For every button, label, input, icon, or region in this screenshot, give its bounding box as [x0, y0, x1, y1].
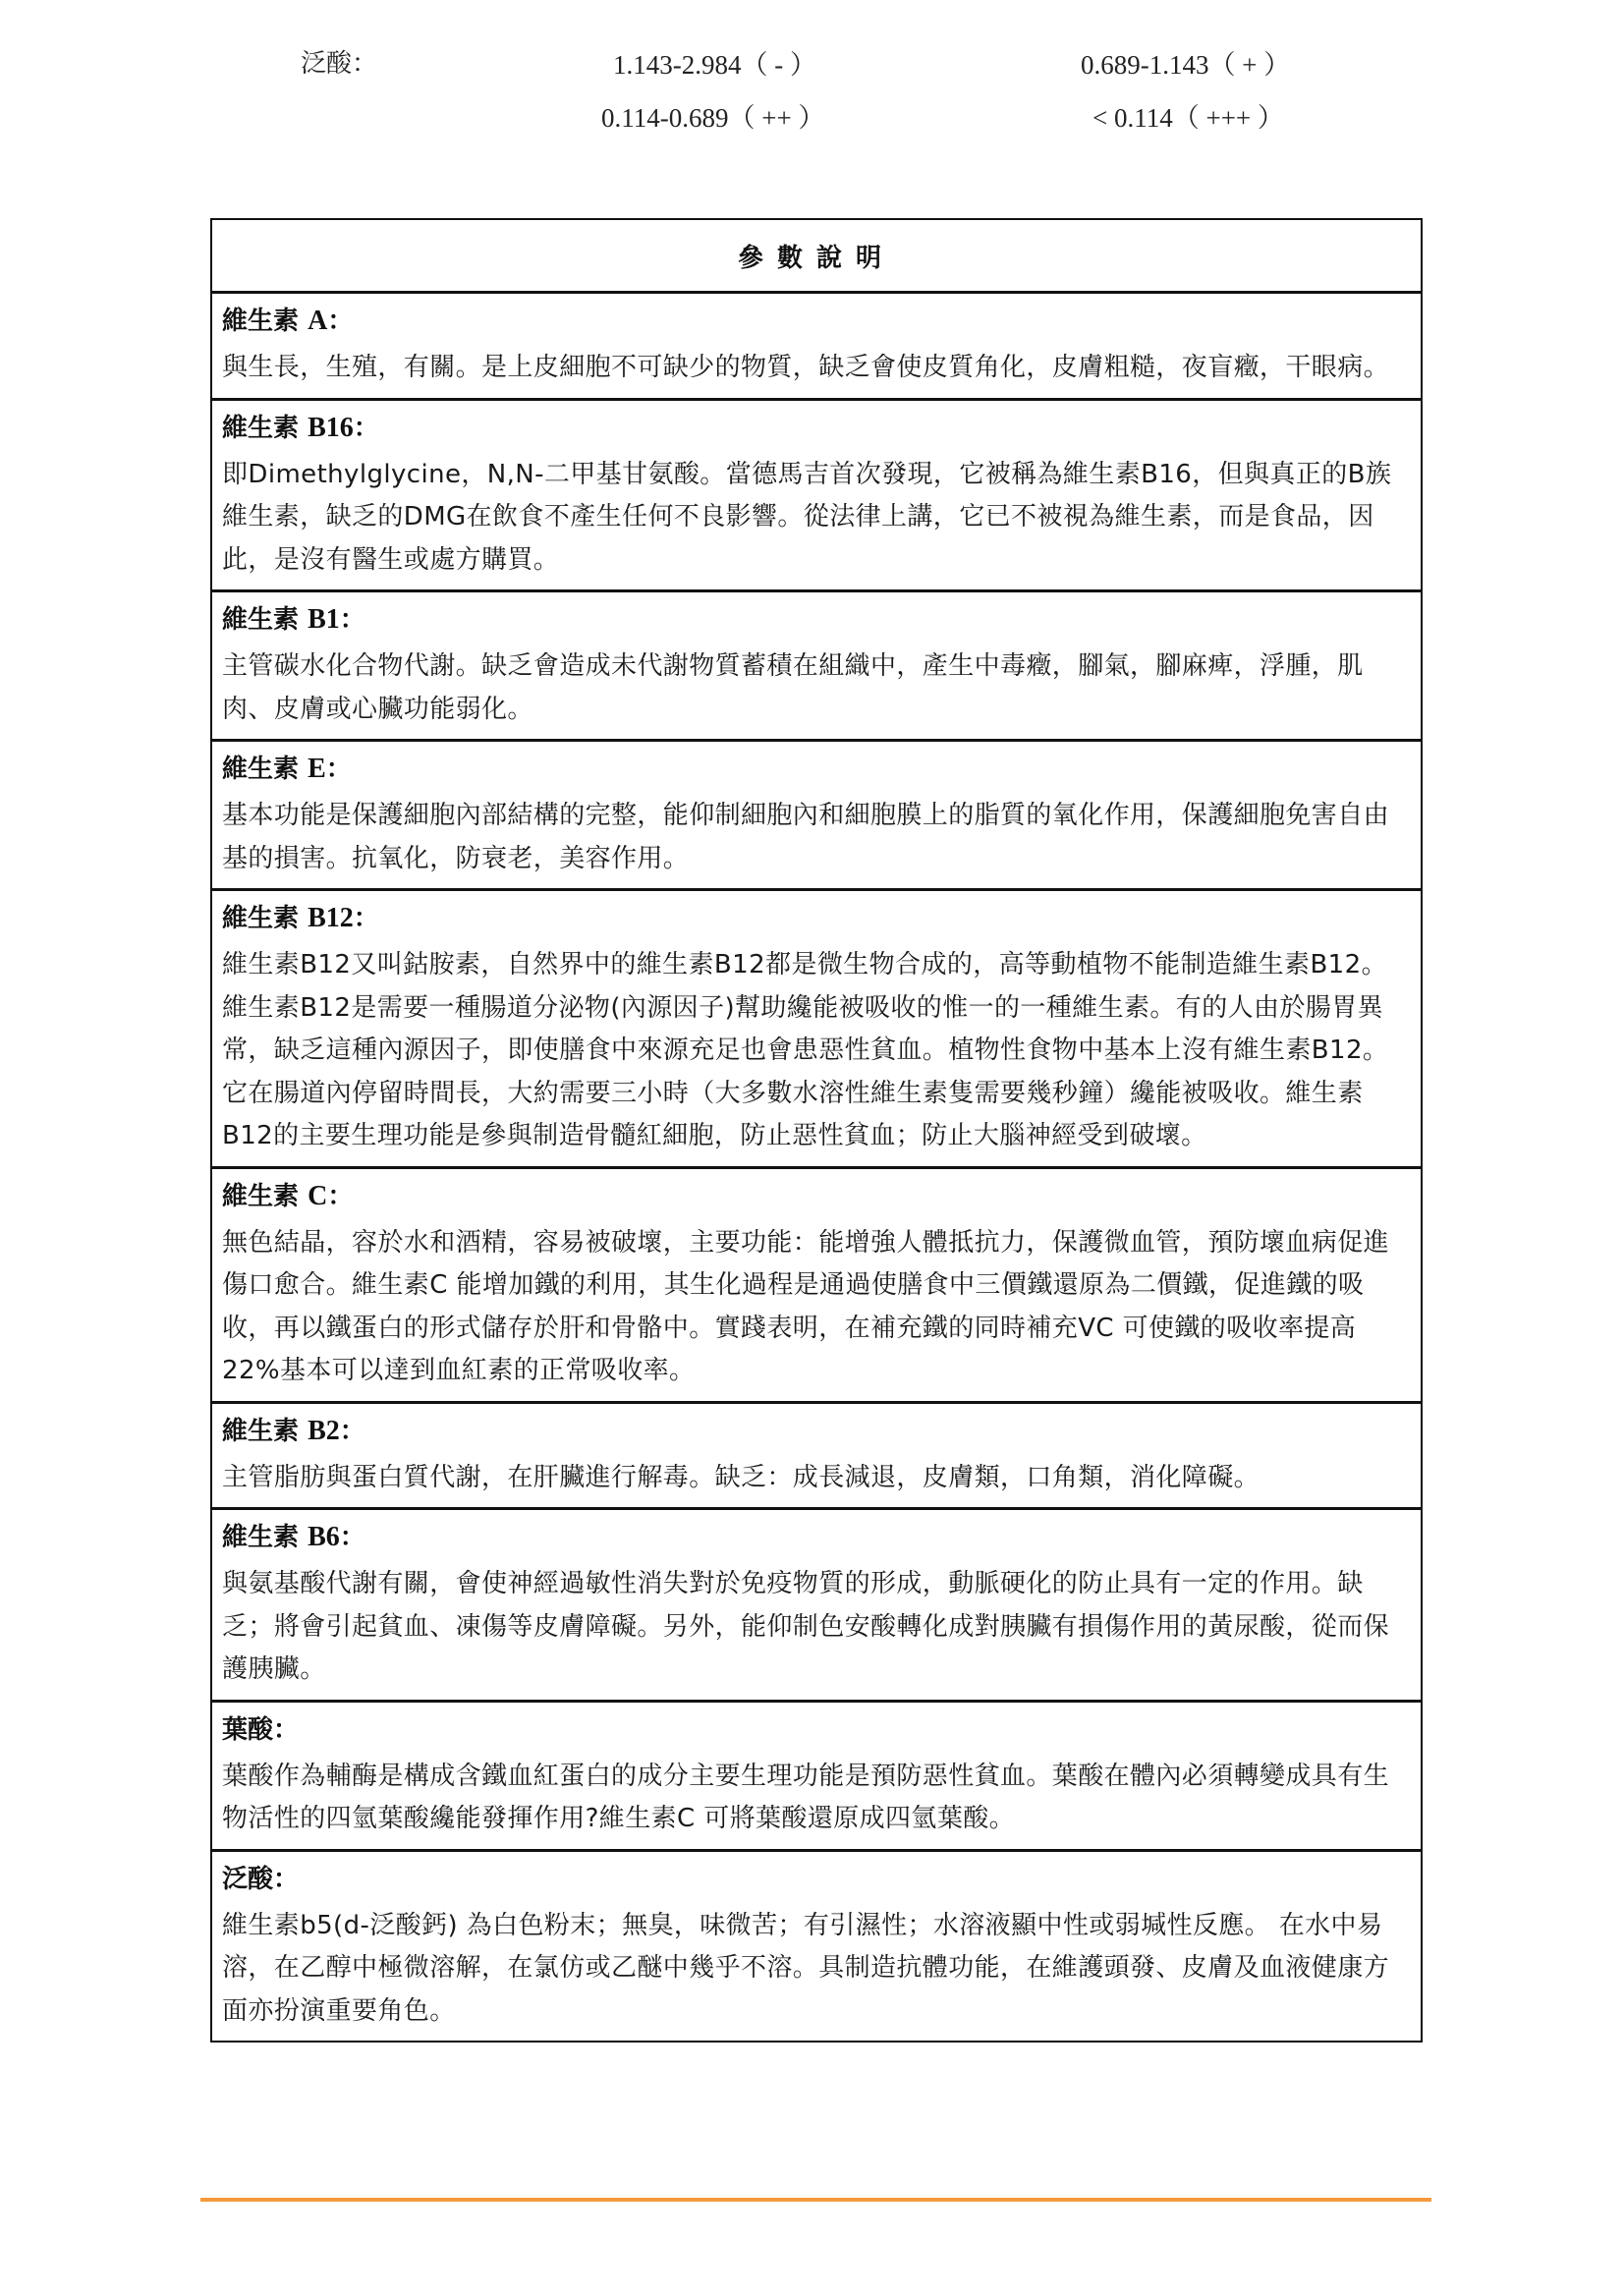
entry-vitamin-b6: 維生素 B6： 與氨基酸代謝有關，會使神經過敏性消失對於免疫物質的形成，動脈硬化… — [212, 1510, 1421, 1703]
title-text: 維生素 — [222, 904, 299, 933]
title-text: 泛酸 — [222, 1865, 273, 1894]
entry-pantothenic-acid: 泛酸： 維生素b5(d-泛酸鈣) 為白色粉末；無臭，味微苦；有引濕性；水溶液顯中… — [212, 1852, 1421, 2042]
reference-label: 泛酸： — [301, 43, 377, 80]
title-colon: ： — [273, 1865, 299, 1894]
entry-body: 與氨基酸代謝有關，會使神經過敏性消失對於免疫物質的形成，動脈硬化的防止具有一定的… — [222, 1563, 1411, 1692]
title-colon: ： — [354, 904, 379, 933]
entry-vitamin-b1: 維生素 B1： 主管碳水化合物代謝。缺乏會造成未代謝物質蓄積在組織中，產生中毒癥… — [212, 592, 1421, 742]
entry-title: 維生素 B6： — [222, 1516, 1411, 1559]
reference-range: 1.143-2.984（ - ） — [613, 43, 816, 82]
title-colon: ： — [326, 755, 352, 784]
title-code: B16 — [308, 413, 354, 443]
title-code: C — [308, 1181, 327, 1211]
reference-range: < 0.114（ +++ ） — [1092, 96, 1284, 135]
title-text: 維生素 — [222, 1182, 299, 1211]
title-code: B12 — [308, 903, 354, 933]
entry-title: 泛酸： — [222, 1858, 1411, 1901]
entry-vitamin-b16: 維生素 B16： 即Dimethylglycine，N,N-二甲基甘氨酸。當德馬… — [212, 401, 1421, 593]
title-text: 維生素 — [222, 1417, 299, 1446]
entry-vitamin-b12: 維生素 B12： 維生素B12又叫鈷胺素，自然界中的維生素B12都是微生物合成的… — [212, 891, 1421, 1169]
title-colon: ： — [354, 414, 379, 443]
footer-rule — [200, 2198, 1431, 2202]
entry-vitamin-a: 維生素 A： 與生長，生殖，有關。是上皮細胞不可缺少的物質，缺乏會使皮質角化，皮… — [212, 294, 1421, 401]
entry-body: 無色結晶，容於水和酒精，容易被破壞，主要功能：能增強人體抵抗力，保護微血管，預防… — [222, 1222, 1411, 1393]
entry-vitamin-b2: 維生素 B2： 主管脂肪與蛋白質代謝，在肝臟進行解毒。缺乏：成長減退，皮膚類，口… — [212, 1404, 1421, 1511]
entry-title: 葉酸： — [222, 1708, 1411, 1752]
title-colon: ： — [327, 1182, 353, 1211]
title-code: B1 — [308, 604, 340, 635]
title-code: B6 — [308, 1522, 340, 1552]
table-header: 參數說明 — [212, 220, 1421, 294]
title-text: 葉酸 — [222, 1715, 273, 1745]
entry-body: 基本功能是保護細胞內部結構的完整，能仰制細胞內和細胞膜上的脂質的氧化作用，保護細… — [222, 795, 1411, 880]
entry-title: 維生素 A： — [222, 300, 1411, 343]
entry-vitamin-c: 維生素 C： 無色結晶，容於水和酒精，容易被破壞，主要功能：能增強人體抵抗力，保… — [212, 1169, 1421, 1404]
entry-vitamin-e: 維生素 E： 基本功能是保護細胞內部結構的完整，能仰制細胞內和細胞膜上的脂質的氧… — [212, 742, 1421, 891]
entry-body: 葉酸作為輔酶是構成含鐵血紅蛋白的成分主要生理功能是預防惡性貧血。葉酸在體內必須轉… — [222, 1756, 1411, 1841]
entry-body: 維生素B12又叫鈷胺素，自然界中的維生素B12都是微生物合成的，高等動植物不能制… — [222, 944, 1411, 1158]
reference-range: 0.689-1.143（ + ） — [1081, 43, 1290, 82]
entry-title: 維生素 B1： — [222, 598, 1411, 642]
reference-row-2: 0.114-0.689（ ++ ） < 0.114（ +++ ） — [0, 96, 1624, 136]
entry-title: 維生素 E： — [222, 748, 1411, 791]
title-colon: ： — [340, 1417, 365, 1446]
title-code: A — [308, 306, 327, 336]
parameter-description-table: 參數說明 維生素 A： 與生長，生殖，有關。是上皮細胞不可缺少的物質，缺乏會使皮… — [210, 218, 1423, 2043]
title-colon: ： — [327, 307, 353, 336]
reference-range: 0.114-0.689（ ++ ） — [601, 96, 824, 135]
reference-row-1: 泛酸： 1.143-2.984（ - ） 0.689-1.143（ + ） — [0, 43, 1624, 83]
entry-folic-acid: 葉酸： 葉酸作為輔酶是構成含鐵血紅蛋白的成分主要生理功能是預防惡性貧血。葉酸在體… — [212, 1703, 1421, 1852]
entry-title: 維生素 B2： — [222, 1410, 1411, 1453]
entry-body: 即Dimethylglycine，N,N-二甲基甘氨酸。當德馬吉首次發現，它被稱… — [222, 454, 1411, 583]
entry-title: 維生素 C： — [222, 1175, 1411, 1218]
entry-body: 維生素b5(d-泛酸鈣) 為白色粉末；無臭，味微苦；有引濕性；水溶液顯中性或弱堿… — [222, 1905, 1411, 2034]
entry-title: 維生素 B12： — [222, 897, 1411, 940]
entry-body: 主管碳水化合物代謝。缺乏會造成未代謝物質蓄積在組織中，產生中毒癥，腳氣，腳麻痺，… — [222, 645, 1411, 731]
title-code: B2 — [308, 1416, 340, 1446]
title-text: 維生素 — [222, 755, 299, 784]
entry-body: 與生長，生殖，有關。是上皮細胞不可缺少的物質，缺乏會使皮質角化，皮膚粗糙，夜盲癥… — [222, 347, 1411, 390]
entry-body: 主管脂肪與蛋白質代謝，在肝臟進行解毒。缺乏：成長減退，皮膚類，口角類，消化障礙。 — [222, 1457, 1411, 1500]
title-colon: ： — [340, 1523, 365, 1552]
title-text: 維生素 — [222, 605, 299, 635]
title-text: 維生素 — [222, 307, 299, 336]
title-colon: ： — [340, 605, 365, 635]
title-colon: ： — [273, 1715, 299, 1745]
title-text: 維生素 — [222, 414, 299, 443]
entry-title: 維生素 B16： — [222, 407, 1411, 450]
title-code: E — [308, 754, 326, 784]
title-text: 維生素 — [222, 1523, 299, 1552]
